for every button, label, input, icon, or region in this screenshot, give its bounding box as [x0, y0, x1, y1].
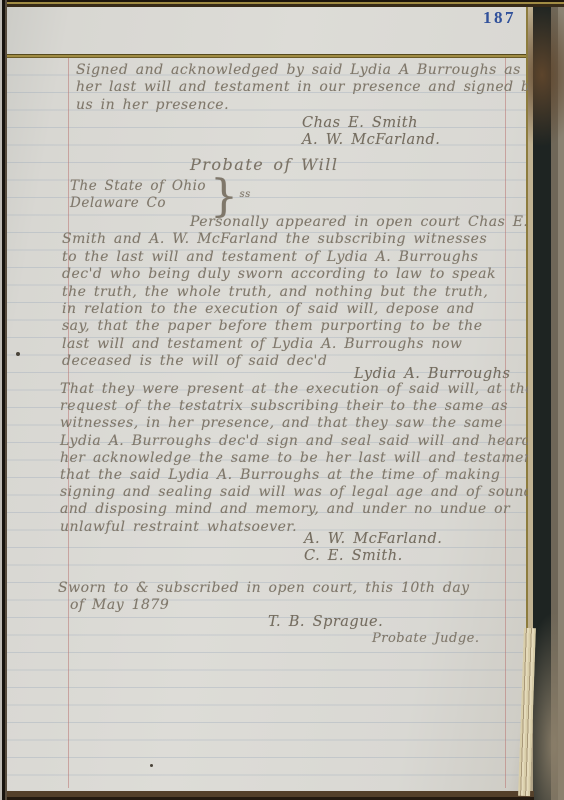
handwritten-line: that the said Lydia A. Burroughs at the … [60, 467, 545, 484]
handwritten-line: witnesses, in her presence, and that the… [60, 415, 545, 432]
handwritten-line: request of the testatrix subscribing the… [60, 398, 545, 415]
deposition-paragraph: Personally appeared in open court Chas E… [62, 214, 528, 371]
book-top-edge [0, 0, 564, 7]
jurat-clause: Sworn to & subscribed in open court, thi… [58, 580, 470, 615]
handwritten-line: A. W. McFarland. [302, 132, 440, 149]
handwritten-line: us in her presence. [76, 97, 539, 114]
handwritten-line: last will and testament of Lydia A. Burr… [62, 336, 528, 353]
page-number: 187 [483, 8, 516, 28]
handwritten-line: the truth, the whole truth, and nothing … [62, 284, 528, 301]
venue-brace: } [210, 178, 239, 216]
venue-state: The State of Ohio [70, 178, 206, 195]
witness-signatures-top: Chas E. SmithA. W. McFarland. [302, 115, 440, 149]
ledger-photo: 187 Signed and acknowledged by said Lydi… [0, 0, 564, 800]
attestation-clause: Signed and acknowledged by said Lydia A … [76, 62, 539, 114]
handwritten-line: Signed and acknowledged by said Lydia A … [76, 62, 539, 79]
ledger-page: 187 Signed and acknowledged by said Lydi… [6, 6, 528, 794]
handwritten-line: Chas E. Smith [302, 115, 440, 132]
venue-caption: The State of Ohio Delaware Co } ss [70, 178, 251, 216]
handwritten-line: Personally appeared in open court Chas E… [62, 214, 528, 231]
handwritten-line: Lydia A. Burroughs dec'd sign and seal s… [60, 433, 545, 450]
ink-speck [150, 764, 153, 767]
handwritten-line: of May 1879 [58, 597, 470, 614]
handwritten-line: That they were present at the execution … [60, 381, 545, 398]
venue-county: Delaware Co [70, 195, 206, 212]
handwritten-line: and disposing mind and memory, and under… [60, 501, 545, 518]
book-bottom-edge [0, 791, 534, 800]
witness-signatures-bottom: A. W. McFarland.C. E. Smith. [304, 531, 442, 566]
handwritten-line: C. E. Smith. [304, 548, 442, 565]
handwritten-line: unlawful restraint whatsoever. [60, 519, 545, 536]
judge-title: Probate Judge. [372, 630, 479, 647]
handwritten-line: A. W. McFarland. [304, 531, 442, 548]
handwritten-line: Smith and A. W. McFarland the subscribin… [62, 231, 528, 248]
venue-ss: ss [240, 186, 251, 203]
handwritten-line: in relation to the execution of said wil… [62, 301, 528, 318]
handwritten-line: her acknowledge the same to be her last … [60, 450, 545, 467]
handwritten-line: to the last will and testament of Lydia … [62, 249, 528, 266]
handwritten-line: dec'd who being duly sworn according to … [62, 266, 528, 283]
handwritten-line: Sworn to & subscribed in open court, thi… [58, 580, 470, 597]
handwritten-line: say, that the paper before them purporti… [62, 318, 528, 335]
ink-speck [16, 352, 20, 356]
handwritten-line: her last will and testament in our prese… [76, 79, 539, 96]
handwritten-line: signing and sealing said will was of leg… [60, 484, 545, 501]
judge-signature: T. B. Sprague. [268, 614, 383, 631]
book-gutter-edge [0, 0, 7, 800]
venue-lines: The State of Ohio Delaware Co [70, 178, 206, 212]
testimony-paragraph: That they were present at the execution … [60, 381, 545, 536]
